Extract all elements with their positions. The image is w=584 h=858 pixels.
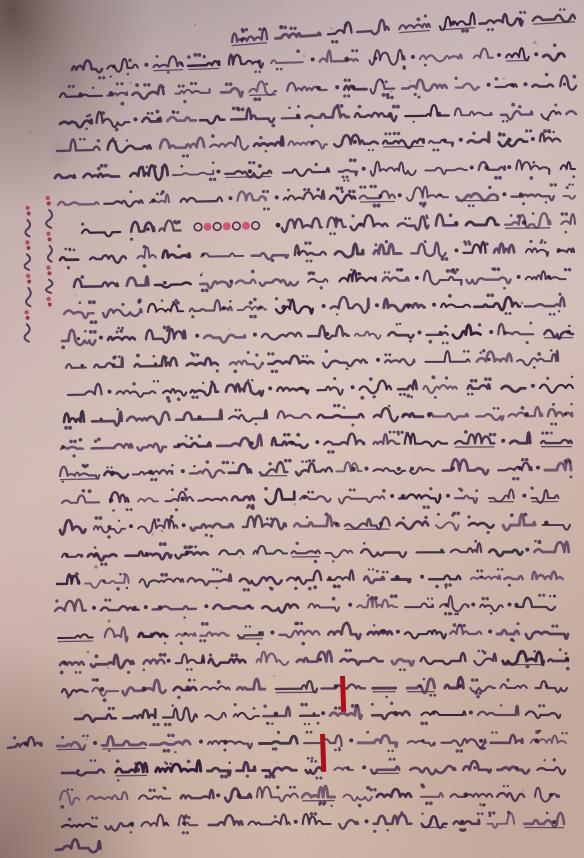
- manuscript-photo: [0, 0, 584, 858]
- manuscript-page: [0, 0, 584, 858]
- photo-grain-overlay: [0, 0, 584, 858]
